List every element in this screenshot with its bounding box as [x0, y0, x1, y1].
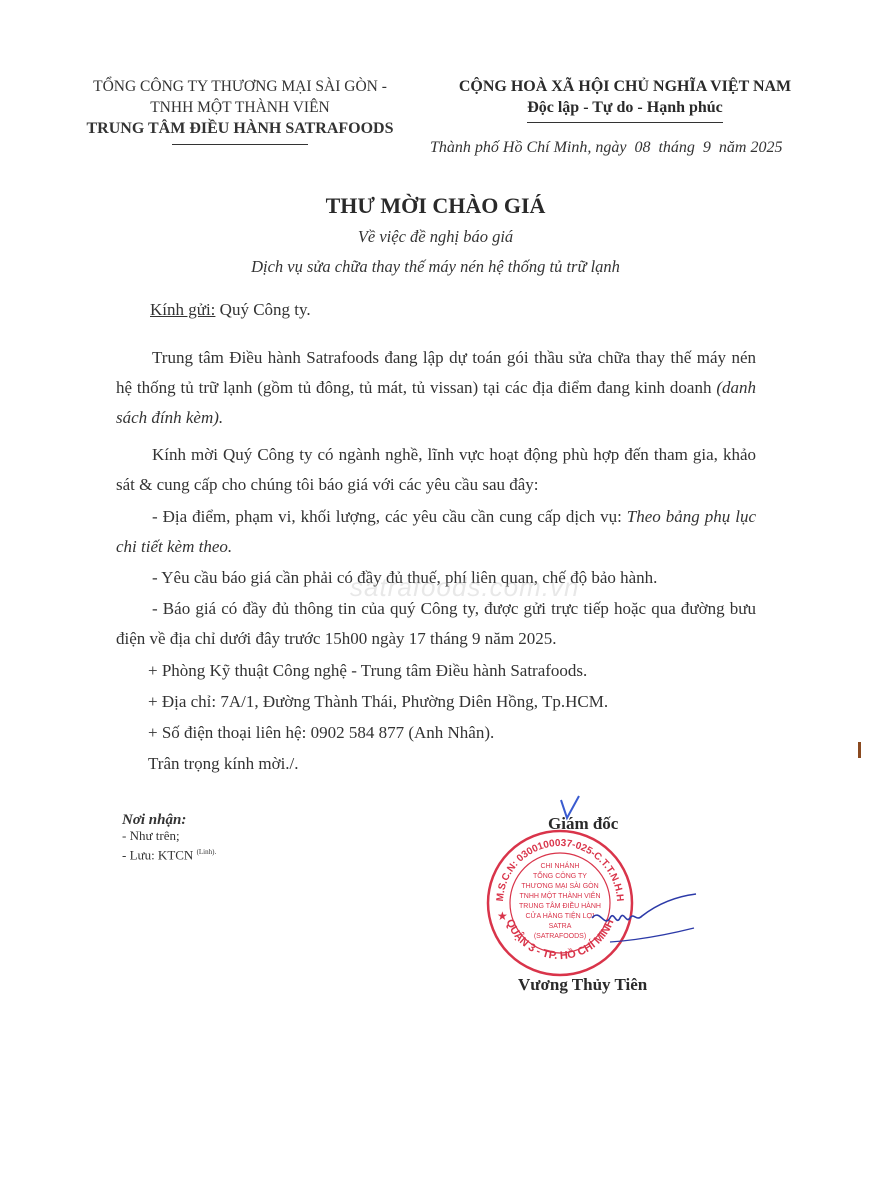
- contact-department: + Phòng Kỹ thuật Công nghệ - Trung tâm Đ…: [148, 656, 788, 686]
- recipients-item: - Như trên;: [122, 828, 216, 844]
- svg-text:★: ★: [497, 909, 508, 923]
- watermark: satrafoods.com.vn: [350, 572, 579, 603]
- document-title: THƯ MỜI CHÀO GIÁ: [0, 193, 871, 219]
- body-paragraph-1: Trung tâm Điều hành Satrafoods đang lập …: [116, 343, 756, 433]
- issuer-unit: TRUNG TÂM ĐIỀU HÀNH SATRAFOODS: [60, 118, 420, 139]
- document-subject: Về việc đề nghị báo giá: [0, 227, 871, 247]
- document-service: Dịch vụ sửa chữa thay thế máy nén hệ thố…: [0, 257, 871, 277]
- closing-line: Trân trọng kính mời./.: [148, 749, 788, 779]
- recipients-note: Nơi nhận: - Như trên; - Lưu: KTCN (Linh)…: [122, 812, 216, 863]
- requirement-1: - Địa điểm, phạm vi, khối lượng, các yêu…: [116, 502, 756, 562]
- contact-phone: + Số điện thoại liên hệ: 0902 584 877 (A…: [148, 718, 788, 748]
- svg-text:TNHH MỘT THÀNH VIÊN: TNHH MỘT THÀNH VIÊN: [519, 891, 600, 900]
- national-title: CỘNG HOÀ XÃ HỘI CHỦ NGHĨA VIỆT NAM: [415, 76, 835, 97]
- contact-address: + Địa chỉ: 7A/1, Đường Thành Thái, Phườn…: [148, 687, 788, 717]
- recipients-item: - Lưu: KTCN (Linh).: [122, 844, 216, 863]
- svg-text:(SATRAFOODS): (SATRAFOODS): [534, 933, 586, 940]
- issuer-company-type: TNHH MỘT THÀNH VIÊN: [60, 97, 420, 118]
- checkmark-icon: [555, 792, 585, 824]
- scan-mark: [858, 742, 861, 758]
- recipient-line: Kính gửi: Quý Công ty.: [150, 300, 311, 320]
- document-date: Thành phố Hồ Chí Minh, ngày 08 tháng 9 n…: [430, 139, 782, 157]
- issuer-header: TỔNG CÔNG TY THƯƠNG MẠI SÀI GÒN - TNHH M…: [60, 76, 420, 145]
- recipient-label: Kính gửi:: [150, 300, 215, 319]
- signature-scribble: [590, 888, 700, 948]
- national-header: CỘNG HOÀ XÃ HỘI CHỦ NGHĨA VIỆT NAM Độc l…: [415, 76, 835, 123]
- svg-text:CỬA HÀNG TIỆN LỢI: CỬA HÀNG TIỆN LỢI: [525, 911, 594, 920]
- motto-divider: [527, 122, 723, 123]
- body-paragraph-2: Kính mời Quý Công ty có ngành nghề, lĩnh…: [116, 440, 756, 500]
- national-motto: Độc lập - Tự do - Hạnh phúc: [415, 97, 835, 118]
- recipients-heading: Nơi nhận: [122, 812, 181, 828]
- recipient-value: Quý Công ty.: [215, 300, 310, 319]
- signer-name: Vương Thủy Tiên: [518, 975, 647, 995]
- svg-text:THƯƠNG MẠI SÀI GÒN: THƯƠNG MẠI SÀI GÒN: [521, 881, 598, 890]
- issuer-parent-company: TỔNG CÔNG TY THƯƠNG MẠI SÀI GÒN -: [60, 76, 420, 97]
- svg-text:CHI NHÁNH: CHI NHÁNH: [541, 861, 580, 870]
- svg-text:TRUNG TÂM ĐIỀU HÀNH: TRUNG TÂM ĐIỀU HÀNH: [519, 900, 601, 910]
- svg-text:SATRA: SATRA: [549, 923, 572, 930]
- issuer-divider: [172, 144, 308, 145]
- requirement-3: - Báo giá có đầy đủ thông tin của quý Cô…: [116, 594, 756, 654]
- svg-text:TỔNG CÔNG TY: TỔNG CÔNG TY: [533, 871, 587, 880]
